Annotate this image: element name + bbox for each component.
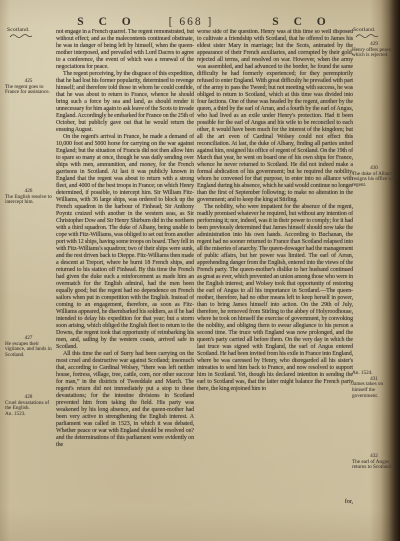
- note-text: He escapes their vigilance, and lands in…: [5, 342, 52, 359]
- margin-note: 430 The duke of Albany resigns his offic…: [352, 166, 396, 189]
- margin-note: 429 Henry offers peace, which is rejecte…: [352, 42, 396, 59]
- note-text: The regent goes to France for assistance…: [5, 85, 52, 96]
- running-title-right: S C O: [262, 16, 342, 28]
- flourish-icon: [355, 34, 379, 39]
- book-page: S C O [ 668 ] S C O Scotland. 425 The re…: [0, 0, 400, 541]
- text-column-right: worse side of the question. Henry was at…: [197, 29, 353, 501]
- margin-section-label-left: Scotland.: [7, 27, 53, 33]
- margin-note: An. 1524. 431 James takes on himself the…: [352, 371, 396, 400]
- note-text: The English resolve to intercept him.: [5, 195, 52, 206]
- note-text: Henry offers peace, which is rejected.: [352, 48, 396, 59]
- paragraph: The nobility, who were impatient for the…: [197, 204, 353, 393]
- margin-note: 425 The regent goes to France for assist…: [5, 79, 52, 96]
- paragraph: not engage in a French quarrel. The rege…: [56, 29, 194, 71]
- text-column-left: not engage in a French quarrel. The rege…: [56, 29, 194, 507]
- paragraph: All this time the earl of Surry had been…: [56, 351, 194, 449]
- margin-note: 426 The English resolve to intercept him…: [5, 189, 52, 206]
- note-text: The earl of Angus returns to Scotland.: [352, 460, 396, 471]
- page-number: [ 668 ]: [151, 16, 231, 28]
- catchword: for,: [300, 499, 353, 505]
- paragraph: worse side of the question. Henry was at…: [197, 29, 353, 204]
- paragraph: On the regent's arrival in France, he ma…: [56, 134, 194, 351]
- margin-note: 432 The earl of Angus returns to Scotlan…: [352, 454, 396, 471]
- running-title-left: S C O: [67, 16, 147, 28]
- paragraph: The regent perceiving, by the disgrace o…: [56, 71, 194, 134]
- flourish-icon: [9, 34, 33, 39]
- note-year: An. 1523.: [5, 412, 52, 418]
- margin-note: 427 He escapes their vigilance, and land…: [5, 336, 52, 359]
- margin-section-label-right: Scotland.: [353, 27, 399, 33]
- note-text: James takes on himself the government.: [352, 382, 396, 399]
- note-text: The duke of Albany resigns his office of…: [352, 172, 396, 189]
- margin-note: 428 Cruel devastations of the English. A…: [5, 395, 52, 418]
